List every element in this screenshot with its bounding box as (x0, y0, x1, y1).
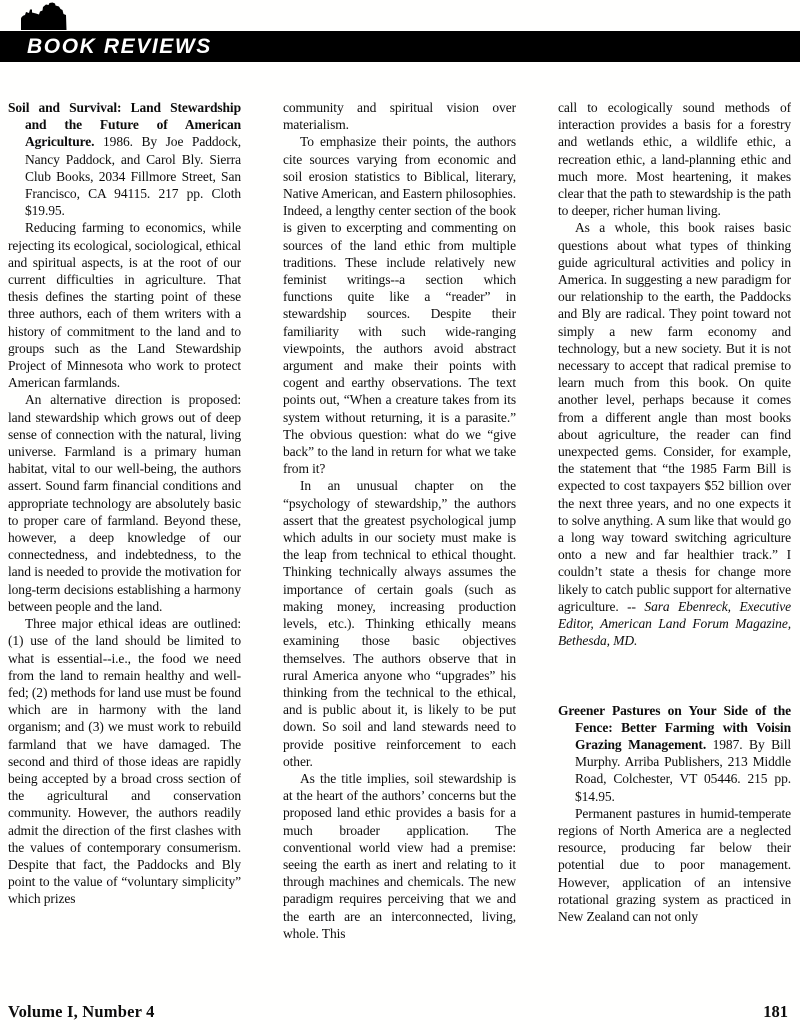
review-paragraph: As the title implies, soil stewardship i… (283, 770, 516, 942)
review-paragraph-continuation: call to ecologically sound methods of in… (558, 99, 791, 219)
review-paragraph: In an unusual chapter on the “psychology… (283, 477, 516, 769)
book-citation-soil-and-survival: Soil and Survival: Land Stewardship and … (8, 99, 241, 219)
review-paragraph: Three major ethical ideas are outlined: … (8, 615, 241, 907)
review-paragraph-continuation: community and spiritual vision over mate… (283, 99, 516, 133)
volume-issue-label: Volume I, Number 4 (8, 1002, 155, 1022)
text-column-2: community and spiritual vision over mate… (283, 99, 516, 1001)
text-column-1: Soil and Survival: Land Stewardship and … (8, 99, 241, 1001)
review-closing-text: As a whole, this book raises basic quest… (558, 220, 791, 613)
section-header-bar: BOOK REVIEWS (0, 31, 800, 62)
review-separator-space (558, 650, 791, 702)
review-paragraph: Reducing farming to economics, while rej… (8, 219, 241, 391)
review-paragraph: To emphasize their points, the authors c… (283, 133, 516, 477)
review-paragraph: An alternative direction is proposed: la… (8, 391, 241, 615)
book-citation-greener-pastures: Greener Pastures on Your Side of the Fen… (558, 702, 791, 805)
page-number: 181 (763, 1002, 788, 1022)
section-title: BOOK REVIEWS (27, 34, 212, 58)
review-closing-paragraph: As a whole, this book raises basic quest… (558, 219, 791, 649)
text-column-3: call to ecologically sound methods of in… (558, 99, 791, 1001)
review-paragraph: Permanent pastures in humid-temperate re… (558, 805, 791, 925)
journal-page: BOOK REVIEWS Soil and Survival: Land Ste… (0, 0, 800, 1030)
farm-buildings-icon (20, 2, 69, 30)
